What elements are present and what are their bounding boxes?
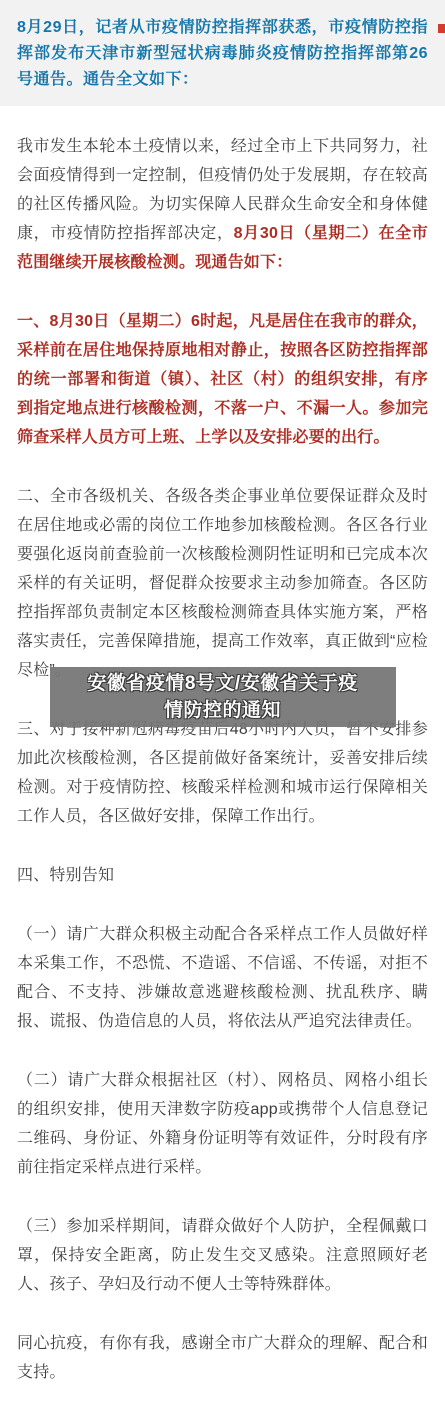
text-segment: （一）请广大群众积极主动配合各采样点工作人员做好样本采集工作，不恐慌、不造谣、不…: [17, 926, 428, 1030]
paragraph: 一、8月30日（星期二）6时起，凡是居住在我市的群众，采样前在居住地保持原地相对…: [17, 307, 428, 452]
paragraph: 我市发生本轮本土疫情以来，经过全市上下共同努力，社会面疫情得到一定控制，但疫情仍…: [17, 132, 428, 277]
watermark-overlay: 安徽省疫情8号文/安徽省关于疫情防控的通知: [50, 667, 396, 727]
paragraph: （一）请广大群众积极主动配合各采样点工作人员做好样本采集工作，不恐慌、不造谣、不…: [17, 920, 428, 1036]
paragraph: 二、全市各级机关、各级各类企事业单位要保证群众及时在居住地或必需的岗位工作地参加…: [17, 482, 428, 685]
header-notice: 8月29日，记者从市疫情防控指挥部获悉，市疫情防控指挥部发布天津市新型冠状病毒肺…: [0, 0, 445, 106]
paragraph: 四、特别告知: [17, 861, 428, 890]
text-segment: 三、对于接种新冠病毒疫苗后48小时内人员，暂不安排参加此次核酸检测，各区提前做好…: [17, 721, 428, 825]
article-body: 我市发生本轮本土疫情以来，经过全市上下共同努力，社会面疫情得到一定控制，但疫情仍…: [0, 106, 445, 1387]
text-segment: 同心抗疫，有你有我，感谢全市广大群众的理解、配合和支持。: [17, 1335, 428, 1381]
paragraph: （二）请广大群众根据社区（村）、网格员、网格小组长的组织安排，使用天津数字防疫a…: [17, 1066, 428, 1182]
text-segment: （二）请广大群众根据社区（村）、网格员、网格小组长的组织安排，使用天津数字防疫a…: [17, 1072, 428, 1176]
red-corner-marker: [438, 24, 445, 33]
article-page: 8月29日，记者从市疫情防控指挥部获悉，市疫情防控指挥部发布天津市新型冠状病毒肺…: [0, 0, 445, 1402]
text-segment: 二、全市各级机关、各级各类企事业单位要保证群众及时在居住地或必需的岗位工作地参加…: [17, 488, 428, 679]
text-segment: 四、特别告知: [17, 867, 114, 884]
watermark-text: 安徽省疫情8号文/安徽省关于疫情防控的通知: [86, 670, 360, 724]
header-notice-text: 8月29日，记者从市疫情防控指挥部获悉，市疫情防控指挥部发布天津市新型冠状病毒肺…: [17, 15, 428, 93]
paragraph: 三、对于接种新冠病毒疫苗后48小时内人员，暂不安排参加此次核酸检测，各区提前做好…: [17, 715, 428, 831]
highlighted-text-segment: 一、8月30日（星期二）6时起，凡是居住在我市的群众，采样前在居住地保持原地相对…: [17, 313, 428, 446]
text-segment: （三）参加采样期间，请群众做好个人防护，全程佩戴口罩，保持安全距离，防止发生交叉…: [17, 1218, 428, 1293]
paragraph: （三）参加采样期间，请群众做好个人防护，全程佩戴口罩，保持安全距离，防止发生交叉…: [17, 1212, 428, 1299]
paragraph: 同心抗疫，有你有我，感谢全市广大群众的理解、配合和支持。: [17, 1329, 428, 1387]
